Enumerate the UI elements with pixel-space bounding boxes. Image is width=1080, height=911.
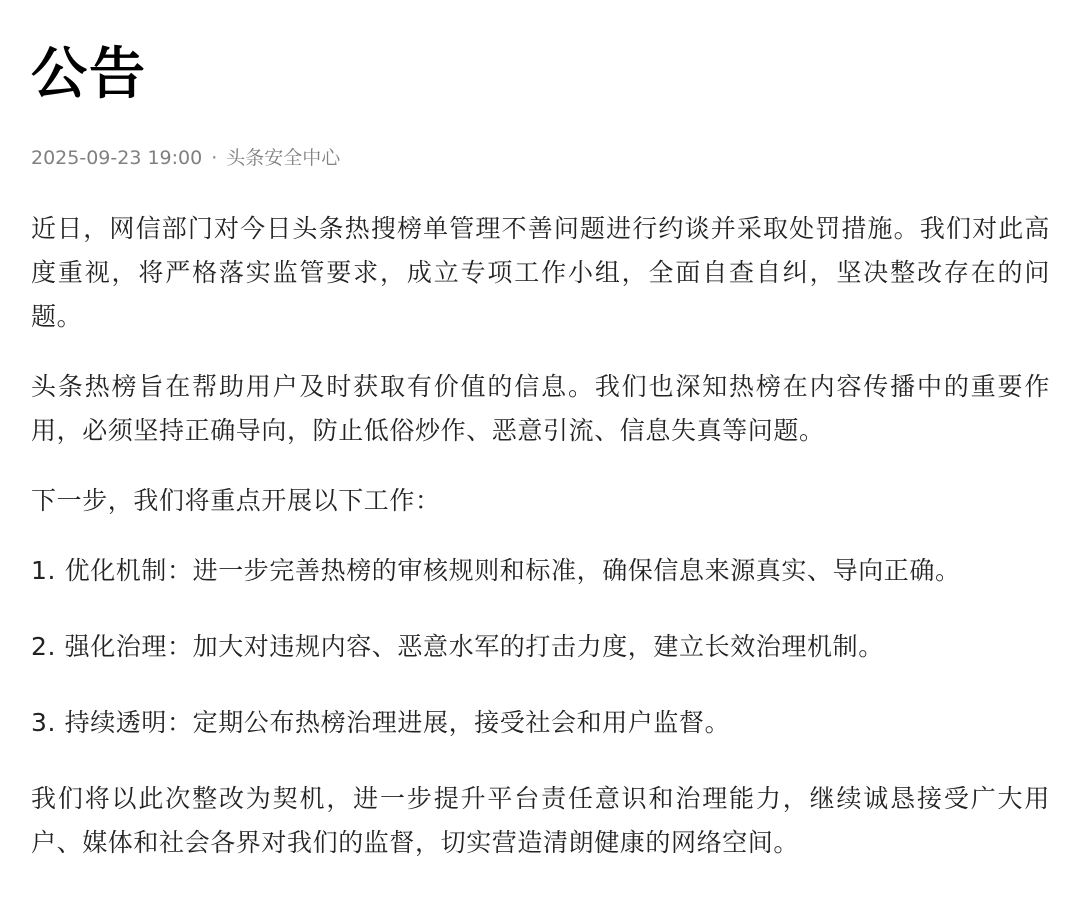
paragraph-next-steps: 下一步，我们将重点开展以下工作： xyxy=(31,479,1050,523)
announcement-article: 公告 2025-09-23 19:00 · 头条安全中心 近日，网信部门对今日头… xyxy=(0,0,1080,865)
article-body: 近日，网信部门对今日头条热搜榜单管理不善问题进行约谈并采取处罚措施。我们对此高度… xyxy=(31,207,1050,865)
publish-datetime: 2025-09-23 19:00 xyxy=(31,145,202,171)
paragraph-closing: 我们将以此次整改为契机，进一步提升平台责任意识和治理能力，继续诚恳接受广大用户、… xyxy=(31,777,1050,865)
paragraph-purpose: 头条热榜旨在帮助用户及时获取有价值的信息。我们也深知热榜在内容传播中的重要作用，… xyxy=(31,365,1050,453)
article-meta: 2025-09-23 19:00 · 头条安全中心 xyxy=(31,145,1050,171)
page-title: 公告 xyxy=(31,0,1050,108)
source-name: 头条安全中心 xyxy=(226,145,340,171)
list-item-optimize-mechanism: 1. 优化机制：进一步完善热榜的审核规则和标准，确保信息来源真实、导向正确。 xyxy=(31,549,1050,593)
paragraph-intro: 近日，网信部门对今日头条热搜榜单管理不善问题进行约谈并采取处罚措施。我们对此高度… xyxy=(31,207,1050,339)
list-item-strengthen-governance: 2. 强化治理：加大对违规内容、恶意水军的打击力度，建立长效治理机制。 xyxy=(31,625,1050,669)
meta-separator: · xyxy=(211,145,217,171)
list-item-continuous-transparency: 3. 持续透明：定期公布热榜治理进展，接受社会和用户监督。 xyxy=(31,701,1050,745)
